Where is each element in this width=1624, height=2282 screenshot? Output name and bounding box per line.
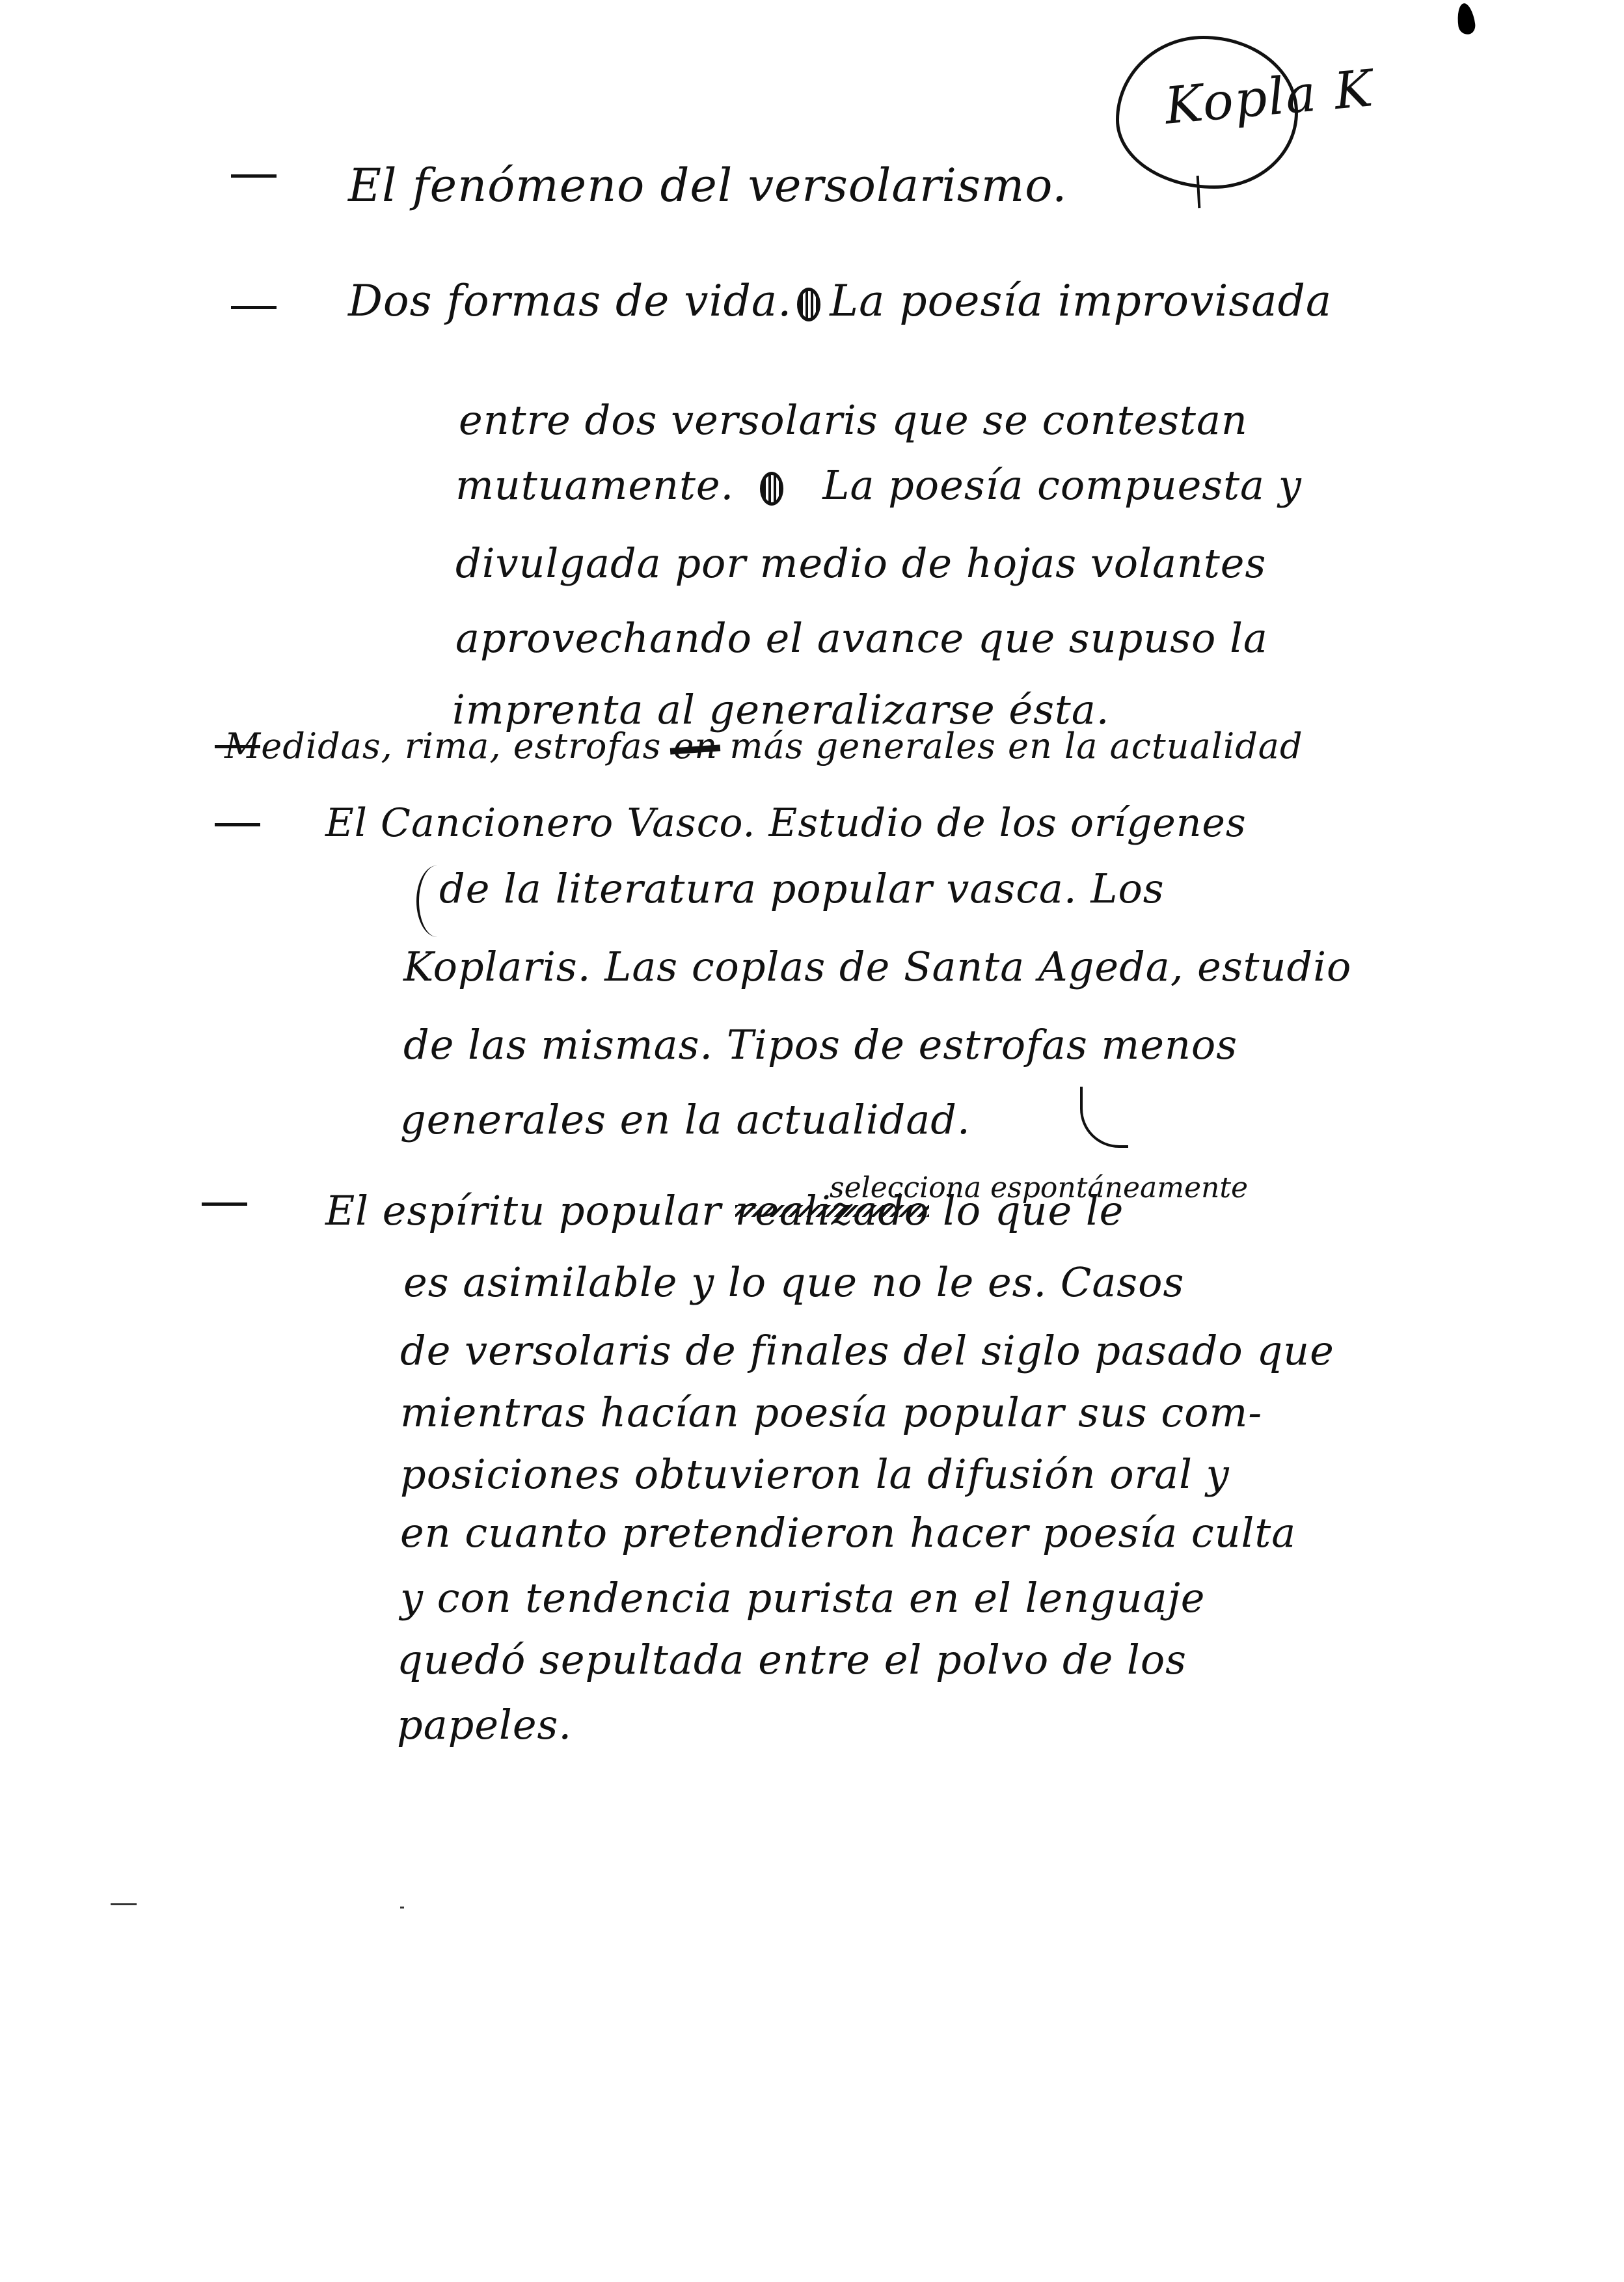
item-5-line-7: y con tendencia purista en el lenguaje <box>400 1578 1206 1618</box>
item-2-line-6: imprenta al generalizarse ésta. <box>452 690 1110 730</box>
item-3-line-1: Medidas, rima, estrofas en más generales… <box>224 729 1303 764</box>
manuscript-page: Kopla K El fenómeno del versolarismo. Do… <box>0 0 1624 2282</box>
item-2-line-5: aprovechando el avance que supuso la <box>455 618 1268 659</box>
item-1-line-1: El fenómeno del versolarismo. <box>348 163 1067 208</box>
item-2-line-3: mutuamente.La poesía compuesta y <box>455 465 1302 506</box>
item-5-line-3: de versolaris de finales del siglo pasad… <box>400 1331 1334 1371</box>
item-2-line-1: Dos formas de vida.La poesía improvisada <box>348 280 1332 323</box>
item-5-line-6: en cuanto pretendieron hacer poesía cult… <box>400 1513 1296 1553</box>
item-dash-1 <box>231 174 277 178</box>
item-4-line-2: de la literatura popular vasca. Los <box>439 869 1165 909</box>
struck-word: en <box>673 729 718 764</box>
item-4-line-5: generales en la actualidad. <box>400 1100 971 1140</box>
struck-word: realizado <box>735 1191 930 1231</box>
item-dash-4 <box>215 823 260 826</box>
item-5-line-4: mientras hacían poesía popular sus com- <box>400 1392 1262 1433</box>
hook-stroke <box>1080 1087 1128 1148</box>
item-5-line-2: es asimilable y lo que no le es. Casos <box>403 1262 1184 1303</box>
ink-blot <box>1455 2 1476 35</box>
item-2-text: mutuamente. <box>455 461 734 509</box>
item-5-line-8: quedó sepultada entre el polvo de los <box>397 1640 1187 1680</box>
item-2-line-2: entre dos versolaris que se contestan <box>459 400 1248 441</box>
scan-speck <box>111 1903 137 1905</box>
item-3-text: Medidas, rima, estrofas <box>224 726 661 767</box>
item-4-line-1: El Cancionero Vasco. Estudio de los oríg… <box>325 804 1247 843</box>
bullet-mark-icon <box>760 472 783 506</box>
item-dash-5 <box>202 1202 247 1206</box>
item-4-line-4: de las mismas. Tipos de estrofas menos <box>403 1025 1238 1065</box>
item-2-sub-1: La poesía improvisada <box>830 276 1332 326</box>
item-5-line-9: papeles. <box>397 1705 572 1745</box>
item-5-text-cont: lo que le <box>943 1187 1124 1234</box>
item-5-text: El espíritu popular <box>325 1187 722 1234</box>
item-2-sub-2: La poesía compuesta y <box>822 461 1301 509</box>
item-5-line-1: El espíritu popular realizado lo que le <box>325 1191 1124 1231</box>
item-5-line-5: posiciones obtuvieron la difusión oral y <box>400 1454 1230 1495</box>
item-2-line-4: divulgada por medio de hojas volantes <box>455 543 1266 584</box>
scan-speck <box>400 1907 404 1908</box>
item-2-heading: Dos formas de vida. <box>348 276 792 326</box>
item-3-text-cont: más generales en la actualidad <box>729 726 1303 767</box>
item-dash-2 <box>231 306 277 309</box>
bullet-mark-icon <box>797 288 820 321</box>
item-4-line-3: Koplaris. Las coplas de Santa Ageda, est… <box>403 947 1351 987</box>
